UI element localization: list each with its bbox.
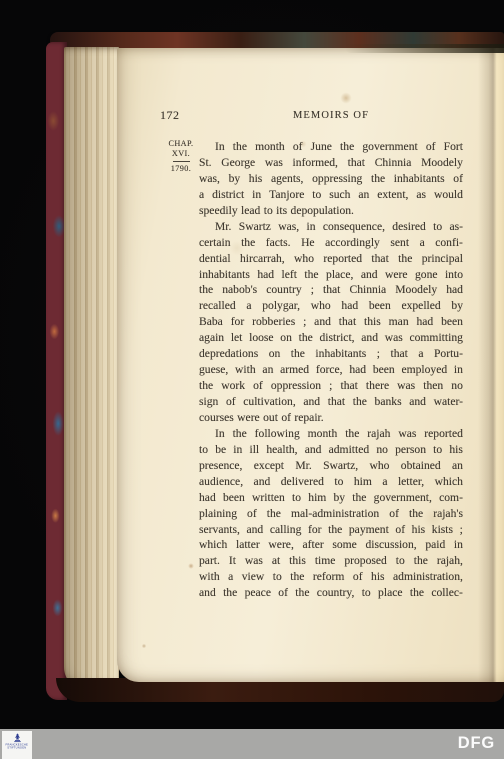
library-logo: FRANCKESCHE STIFTUNGEN <box>2 731 32 759</box>
gutter-shadow <box>478 48 504 682</box>
library-logo-text: FRANCKESCHE STIFTUNGEN <box>2 744 32 754</box>
body-text: InthemonthofJunethegovernmentofFortSt.Ge… <box>199 140 463 602</box>
sidenote-rule <box>173 161 190 162</box>
body-line: audience,anddeliveredtohimaletter,which <box>199 475 463 491</box>
sidenote-chapter-numeral: XVI. <box>164 149 198 159</box>
body-line: presence,exceptMr.Swartz,whoobtainedan <box>199 459 463 475</box>
sidenote-year: 1790. <box>164 164 198 174</box>
body-line: courseswereoutofrepair. <box>199 411 463 427</box>
page-number: 172 <box>160 108 180 123</box>
body-line: hadbeenwrittentohimbythegovernment,com- <box>199 491 463 507</box>
body-line: inhabitantshadlefttheplace,andweregonein… <box>199 268 463 284</box>
body-line: Mr.Swartzwas,inconsequence,desiredtoas- <box>199 220 463 236</box>
library-emblem-icon <box>13 733 22 743</box>
body-line: plainingofthemal-administrationoftheraja… <box>199 507 463 523</box>
body-line: thenabob'scountry;thatChinniaMoodelyhad <box>199 283 463 299</box>
body-line: recalledapolygar,whohadbeenexpelledby <box>199 299 463 315</box>
body-line: depredationsontheinhabitants;thataPortu- <box>199 347 463 363</box>
body-line: signofcultivation,andthatthebanksandwate… <box>199 395 463 411</box>
body-line: dentialhircarrah,whoreportedthattheprinc… <box>199 252 463 268</box>
body-line: was,byhisagents,oppressingtheinhabitants… <box>199 172 463 188</box>
footer-bar: FRANCKESCHE STIFTUNGEN DFG <box>0 729 504 759</box>
body-line: whichlatterwere,aftersomediscussion,paid… <box>199 538 463 554</box>
body-line: againletlooseonthedistrict,andwascommitt… <box>199 331 463 347</box>
body-line: guese,withanarmedforce,hadbeenemployedin <box>199 363 463 379</box>
body-line: Babaforrobberies;andthatthismanhadbeen <box>199 315 463 331</box>
body-line: certainthefacts.Heaccordinglysentaconfi- <box>199 236 463 252</box>
fore-edge-page-stack <box>64 47 119 691</box>
body-line: Inthefollowingmonththerajahwasreported <box>199 427 463 443</box>
body-line: adistrictinTanjoretosuchanextent,aswould <box>199 188 463 204</box>
top-right-shadow-wedge <box>345 44 504 53</box>
chapter-sidenote: CHAP. XVI. 1790. <box>164 139 198 173</box>
body-line: andthepeaceofthecountry,toplacethecollec… <box>199 586 463 602</box>
body-line: speedilyleadtoitsdepopulation. <box>199 204 463 220</box>
body-line: InthemonthofJunethegovernmentofFort <box>199 140 463 156</box>
dfg-logo: DFG <box>458 734 495 753</box>
book-page: 172 MEMOIRS OF CHAP. XVI. 1790. Inthemon… <box>117 48 504 682</box>
body-line: servants,andcallingforthepaymentofhiskis… <box>199 523 463 539</box>
body-line: withaviewtothereformofhisadministration, <box>199 570 463 586</box>
running-head: MEMOIRS OF <box>199 110 463 121</box>
body-line: part.Itwasatthistimeproposedtotherajah, <box>199 554 463 570</box>
scanned-book-photo: 172 MEMOIRS OF CHAP. XVI. 1790. Inthemon… <box>0 0 504 759</box>
body-line: tobeinillhealth,andadmittednopersontohis <box>199 443 463 459</box>
sidenote-chapter-label: CHAP. <box>164 139 198 149</box>
body-line: theworkofoppression;thattherewasthenno <box>199 379 463 395</box>
body-line: St.Georgewasinformed,thatChinniaMoodely <box>199 156 463 172</box>
library-logo-line2: STIFTUNGEN <box>7 747 26 750</box>
